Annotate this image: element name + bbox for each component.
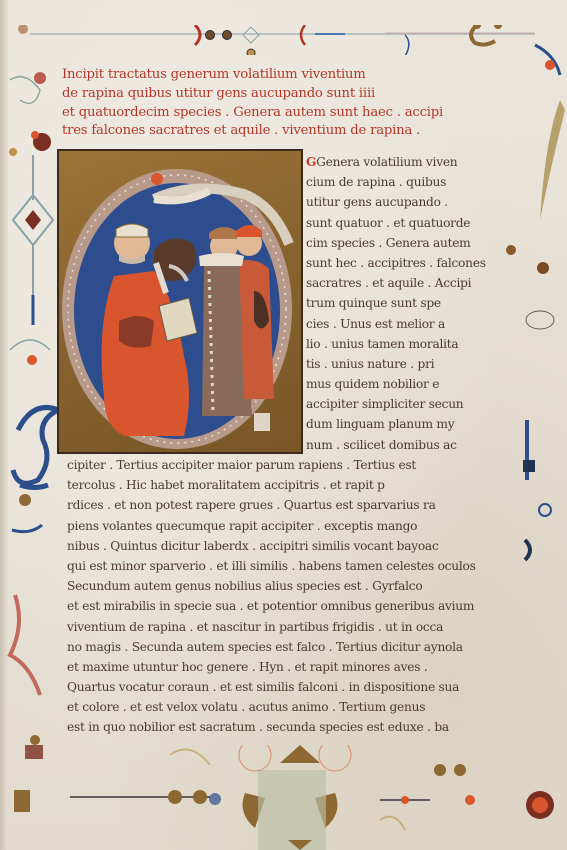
red-initial-G: G <box>306 155 316 169</box>
text-line: et colore . et est velox volatu . acutus… <box>67 697 527 717</box>
rubric-line: tres falcones sacratres et aquile . vive… <box>62 122 522 141</box>
rubric-line: et quatuordecim species . Genera autem s… <box>62 104 522 123</box>
text-line: tis . unius nature . pri <box>306 354 521 374</box>
text-line: Secundum autem genus nobilius alius spec… <box>67 576 527 596</box>
text-line: viventium de rapina . et nascitur in par… <box>67 617 527 637</box>
text-line: cim species . Genera autem <box>306 233 521 253</box>
text-block-full-width: cipiter . Tertius accipiter maior parum … <box>67 455 527 738</box>
text-line: est in quo nobilior est sacratum . secun… <box>67 717 527 737</box>
text-line: GGenera volatilium viven <box>306 152 521 172</box>
top-border-ornament <box>15 25 555 55</box>
left-border-ornament <box>0 60 65 760</box>
rubric-line: de rapina quibus utitur gens aucupando s… <box>62 85 522 104</box>
text-line: cies . Unus est melior a <box>306 314 521 334</box>
text-line: sacratres . et aquile . Accipi <box>306 273 521 293</box>
text-line: trum quinque sunt spe <box>306 293 521 313</box>
text-line: mus quidem nobilior e <box>306 374 521 394</box>
rubric-line: Incipit tractatus generum volatilium viv… <box>62 66 522 85</box>
text-line: lio . unius tamen moralita <box>306 334 521 354</box>
text-line: Quartus vocatur coraun . et est similis … <box>67 677 527 697</box>
text-line: accipiter simpliciter secun <box>306 394 521 414</box>
manuscript-page: Incipit tractatus generum volatilium viv… <box>0 0 567 850</box>
historiated-initial-miniature <box>57 149 303 454</box>
text-line: cipiter . Tertius accipiter maior parum … <box>67 455 527 475</box>
text-line: sunt hec . accipitres . falcones <box>306 253 521 273</box>
bottom-border-ornament <box>10 745 560 850</box>
text-line: et maxime utuntur hoc genere . Hyn . et … <box>67 657 527 677</box>
text-line: dum linguam planum my <box>306 414 521 434</box>
text-column-right: GGenera volatilium viven cium de rapina … <box>306 152 521 455</box>
text-line: utitur gens aucupando . <box>306 192 521 212</box>
text-line: piens volantes quecumque rapit accipiter… <box>67 516 527 536</box>
rubric-incipit: Incipit tractatus generum volatilium viv… <box>62 66 522 141</box>
text-line: cium de rapina . quibus <box>306 172 521 192</box>
text-line: et est mirabilis in specie sua . et pote… <box>67 596 527 616</box>
text-line: qui est minor sparverio . et illi simili… <box>67 556 527 576</box>
text-line: rdices . et non potest rapere grues . Qu… <box>67 495 527 515</box>
miniature-scene <box>59 151 301 452</box>
text-line: num . scilicet domibus ac <box>306 435 521 455</box>
text-line: sunt quatuor . et quatuorde <box>306 213 521 233</box>
text-line: nibus . Quintus dicitur laberdx . accipi… <box>67 536 527 556</box>
text-line: no magis . Secunda autem species est fal… <box>67 637 527 657</box>
text-line: tercolus . Hic habet moralitatem accipit… <box>67 475 527 495</box>
